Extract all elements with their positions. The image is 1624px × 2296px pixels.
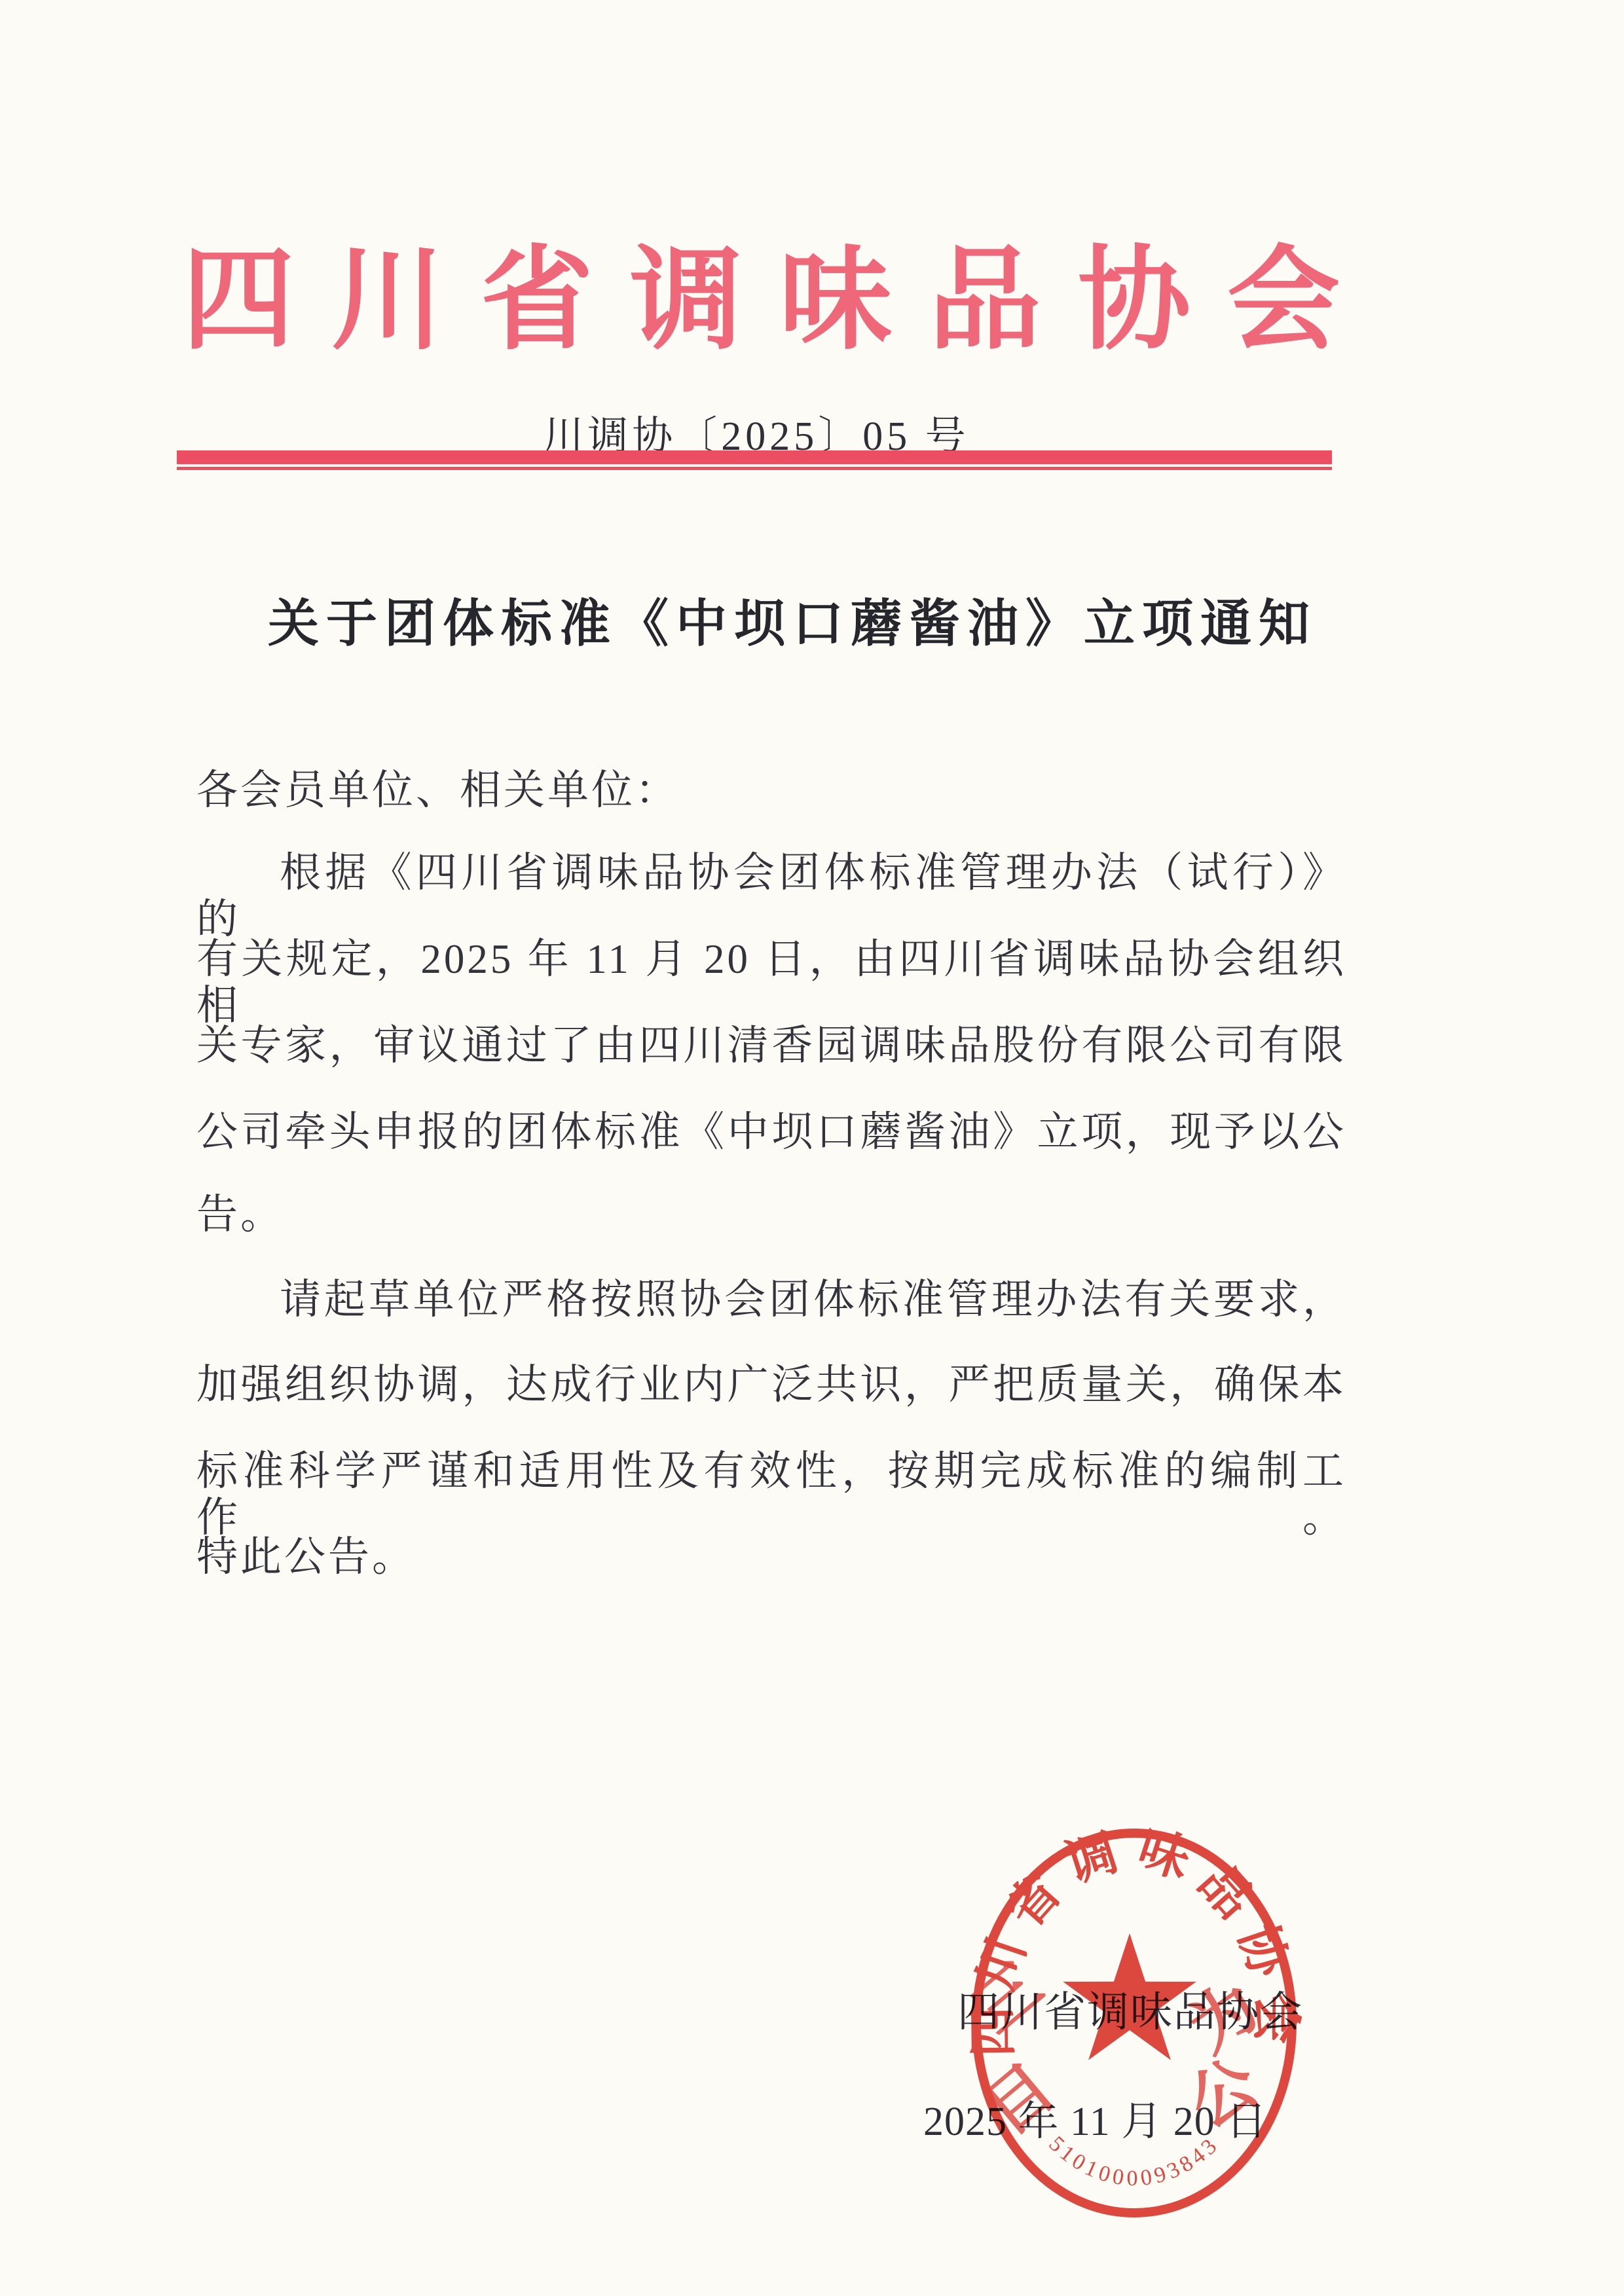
header-divider-thin [177, 467, 1332, 470]
seal-code: 5101000093843 [1044, 2132, 1224, 2191]
seal-star [1063, 1933, 1196, 2060]
document-title: 关于团体标准《中坝口蘑酱油》立项通知 [151, 583, 1434, 656]
body-line: 关专家，审议通过了由四川清香园调味品股份有限公司有限 [196, 1023, 1346, 1069]
body-line: 告。 [196, 1192, 1346, 1238]
svg-text:公: 公 [1177, 2046, 1270, 2141]
salutation-line: 各会员单位、相关单位： [196, 767, 1346, 814]
body-line: 加强组织协调，达成行业内广泛共识，严把质量关，确保本 [196, 1362, 1346, 1408]
body-line: 根据《四川省调味品协会团体标准管理办法（试行）》的 [196, 850, 1346, 942]
official-seal: 三 目 为 公 四川省调味品协会 5101000093843 [951, 1807, 1318, 2239]
body-line: 请起草单位严格按照协会团体标准管理办法有关要求， [196, 1277, 1346, 1323]
svg-text:目: 目 [971, 2051, 1068, 2149]
body-line: 公司牵头申报的团体标准《中坝口蘑酱油》立项，现予以公 [196, 1109, 1346, 1156]
closing-line: 特此公告。 [196, 1534, 1346, 1580]
body-line: 标准科学严谨和适用性及有效性，按期完成标准的编制工作。 [196, 1448, 1346, 1540]
body-line: 有关规定，2025 年 11 月 20 日，由四川省调味品协会组织相 [196, 936, 1346, 1029]
official-notice-page: 四川省调味品协会 川调协〔2025〕05 号 关于团体标准《中坝口蘑酱油》立项通… [0, 0, 1624, 2296]
letterhead-org-name: 四川省调味品协会 [164, 242, 1349, 361]
header-divider-thick [177, 450, 1332, 464]
